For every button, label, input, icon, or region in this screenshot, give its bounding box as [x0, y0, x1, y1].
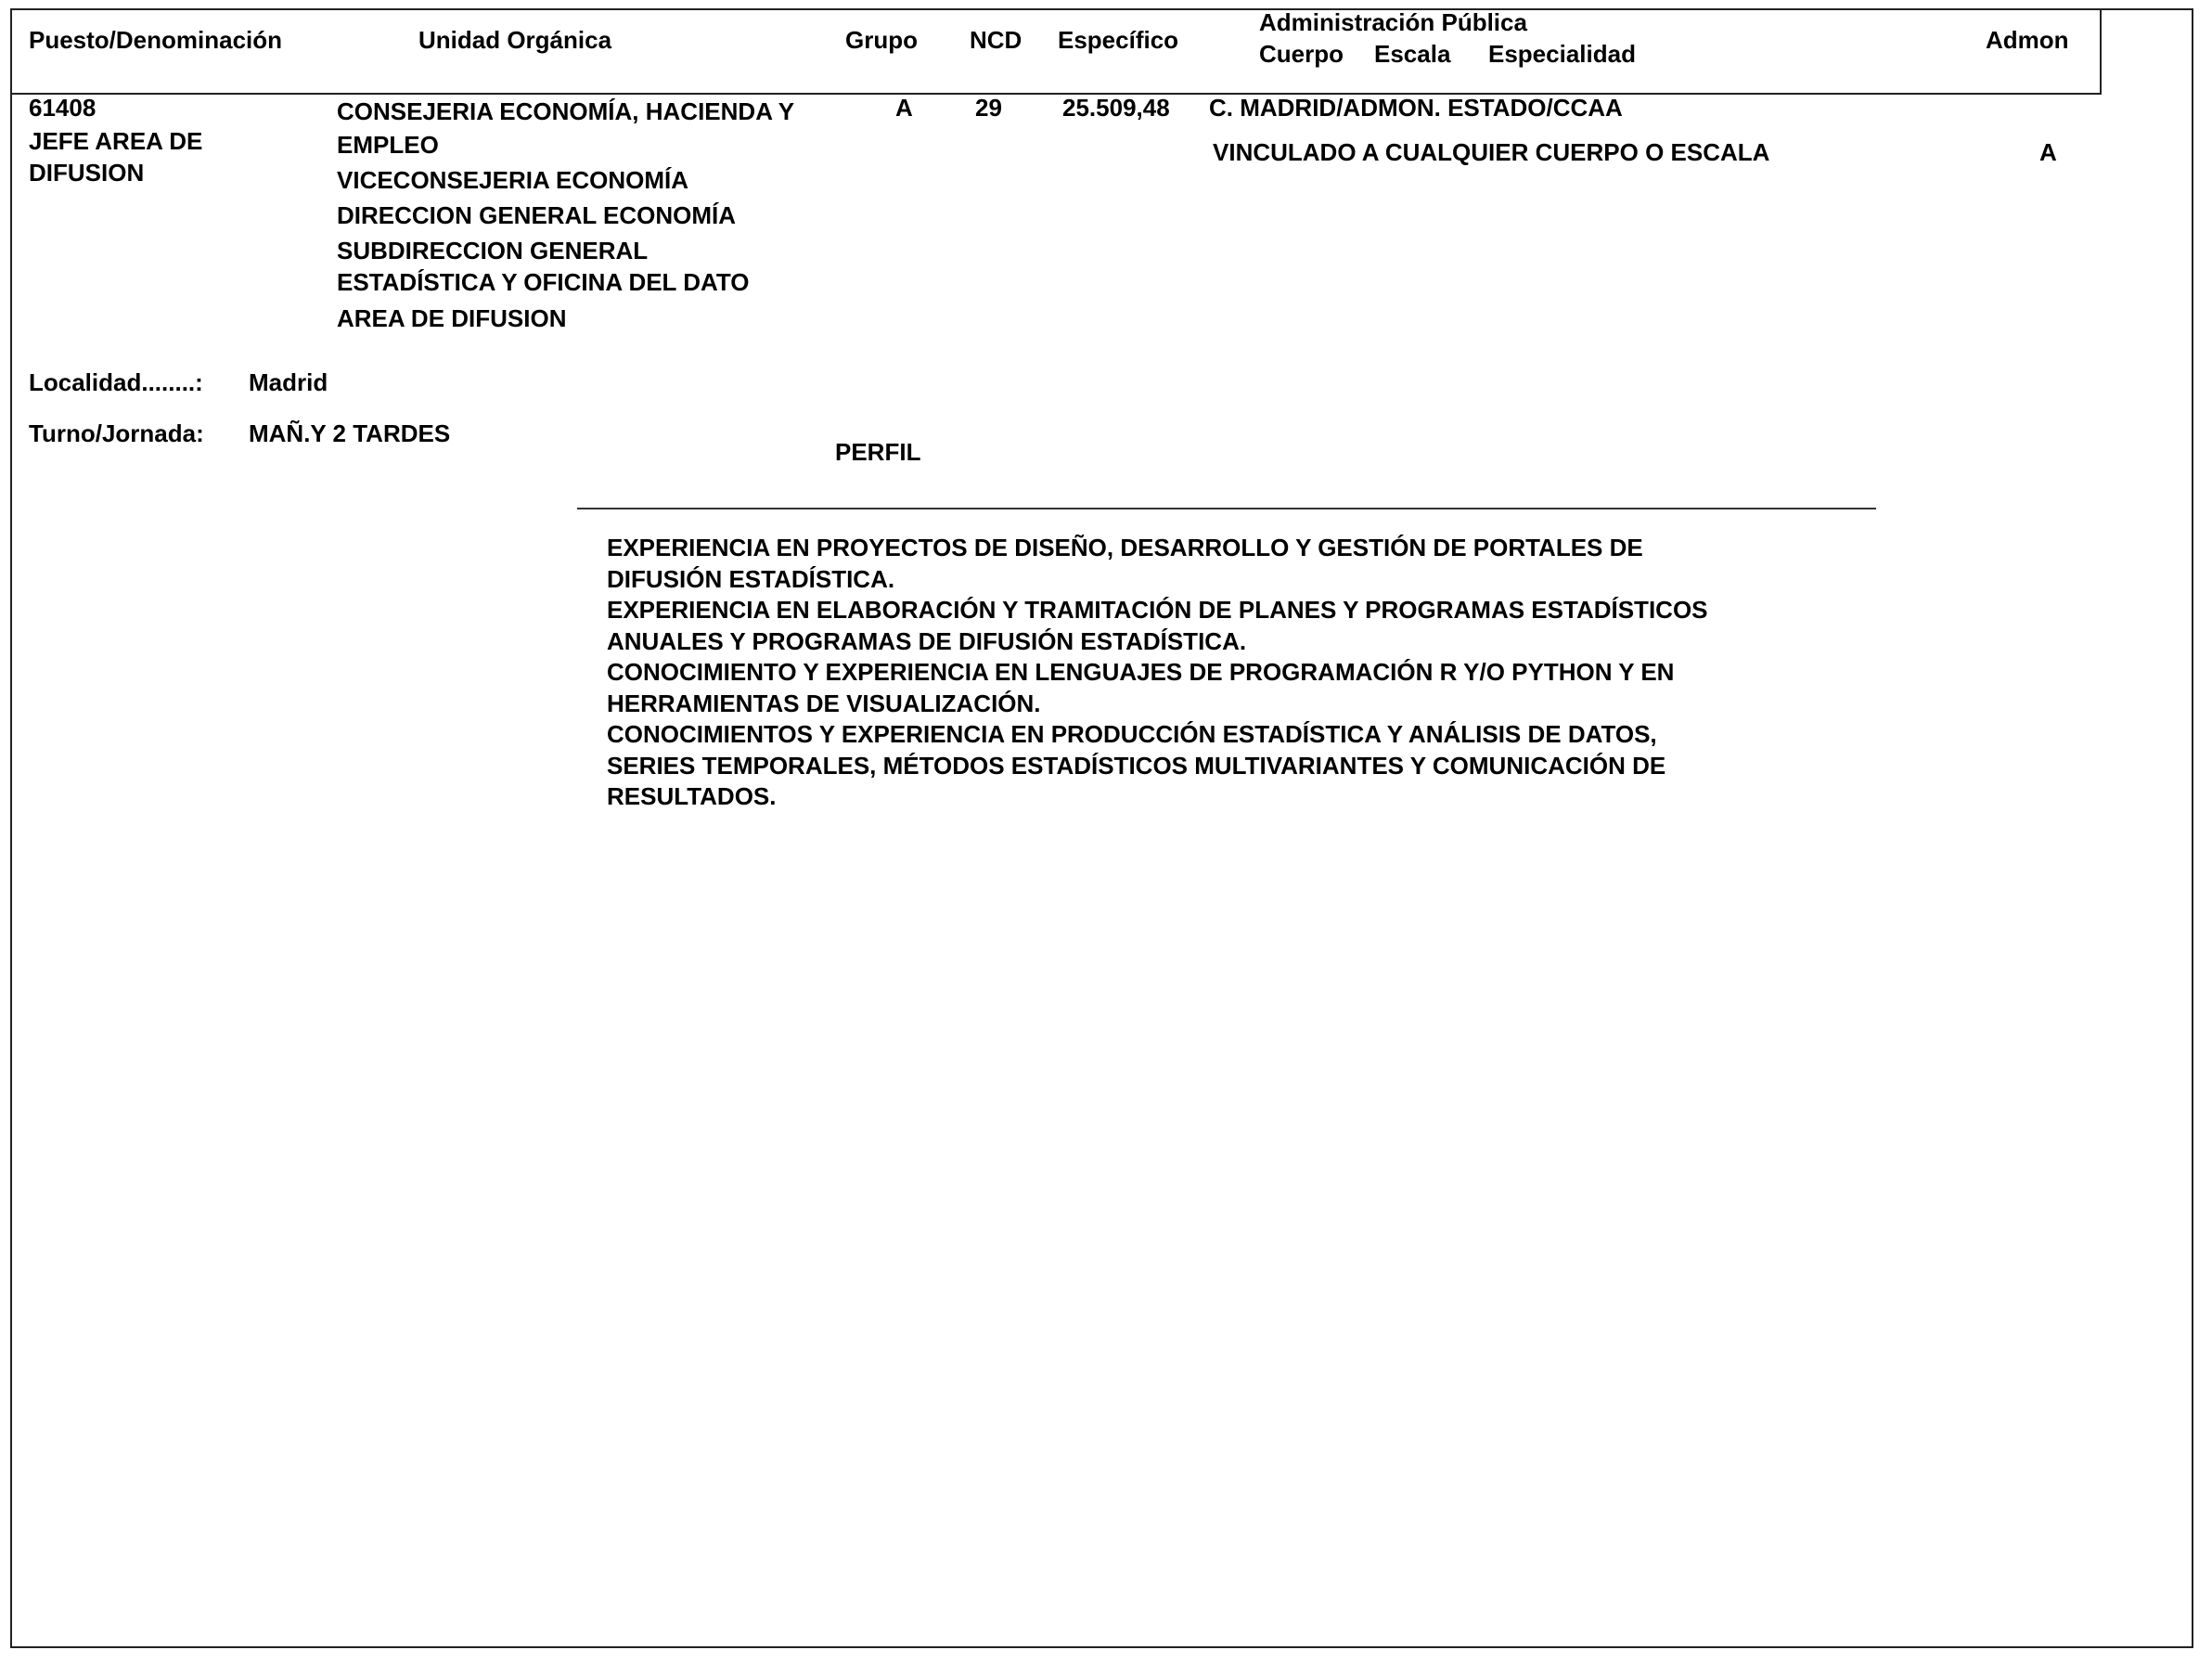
especifico-value: 25.509,48 — [1062, 94, 1170, 122]
header-especifico: Específico — [1058, 26, 1178, 54]
perfil-line: RESULTADOS. — [607, 781, 1887, 813]
unidad-organica-line: DIRECCION GENERAL ECONOMÍA — [337, 201, 736, 229]
perfil-line: CONOCIMIENTOS Y EXPERIENCIA EN PRODUCCIÓ… — [607, 719, 1887, 751]
header-puesto: Puesto/Denominación — [29, 26, 282, 54]
perfil-line: CONOCIMIENTO Y EXPERIENCIA EN LENGUAJES … — [607, 657, 1887, 689]
unidad-organica-line: ESTADÍSTICA Y OFICINA DEL DATO — [337, 268, 749, 296]
grupo-value: A — [895, 94, 913, 122]
unidad-organica-line: CONSEJERIA ECONOMÍA, HACIENDA Y — [337, 97, 794, 125]
perfil-line: EXPERIENCIA EN ELABORACIÓN Y TRAMITACIÓN… — [607, 595, 1887, 626]
table-header — [10, 8, 2102, 95]
cuerpo-escala-value: VINCULADO A CUALQUIER CUERPO O ESCALA — [1213, 138, 1769, 166]
header-escala: Escala — [1374, 40, 1450, 68]
puesto-denominacion-line: DIFUSION — [29, 159, 144, 187]
perfil-line: SERIES TEMPORALES, MÉTODOS ESTADÍSTICOS … — [607, 751, 1887, 782]
puesto-denominacion-line: JEFE AREA DE — [29, 127, 202, 155]
administracion-value: C. MADRID/ADMON. ESTADO/CCAA — [1209, 94, 1623, 122]
turno-value: MAÑ.Y 2 TARDES — [249, 419, 450, 447]
perfil-line: HERRAMIENTAS DE VISUALIZACIÓN. — [607, 689, 1887, 720]
header-ncd: NCD — [970, 26, 1022, 54]
admon-value: A — [2039, 138, 2057, 166]
localidad-label: Localidad........: — [29, 368, 203, 396]
perfil-title: PERFIL — [835, 438, 920, 466]
unidad-organica-line: SUBDIRECCION GENERAL — [337, 237, 648, 264]
header-administracion-publica: Administración Pública — [1259, 8, 1527, 36]
perfil-line: ANUALES Y PROGRAMAS DE DIFUSIÓN ESTADÍST… — [607, 626, 1887, 658]
unidad-organica-line: EMPLEO — [337, 131, 439, 159]
header-cuerpo: Cuerpo — [1259, 40, 1344, 68]
header-especialidad: Especialidad — [1488, 40, 1636, 68]
header-admon: Admon — [1986, 26, 2069, 54]
turno-label: Turno/Jornada: — [29, 419, 204, 447]
perfil-line: DIFUSIÓN ESTADÍSTICA. — [607, 564, 1887, 596]
perfil-line: EXPERIENCIA EN PROYECTOS DE DISEÑO, DESA… — [607, 533, 1887, 564]
ncd-value: 29 — [975, 94, 1002, 122]
header-grupo: Grupo — [845, 26, 918, 54]
puesto-codigo: 61408 — [29, 94, 96, 122]
perfil-text: EXPERIENCIA EN PROYECTOS DE DISEÑO, DESA… — [607, 533, 1887, 813]
unidad-organica-line: VICECONSEJERIA ECONOMÍA — [337, 166, 688, 194]
localidad-value: Madrid — [249, 368, 328, 396]
perfil-divider — [577, 508, 1876, 509]
unidad-organica-line: AREA DE DIFUSION — [337, 304, 567, 332]
header-unidad-organica: Unidad Orgánica — [418, 26, 611, 54]
